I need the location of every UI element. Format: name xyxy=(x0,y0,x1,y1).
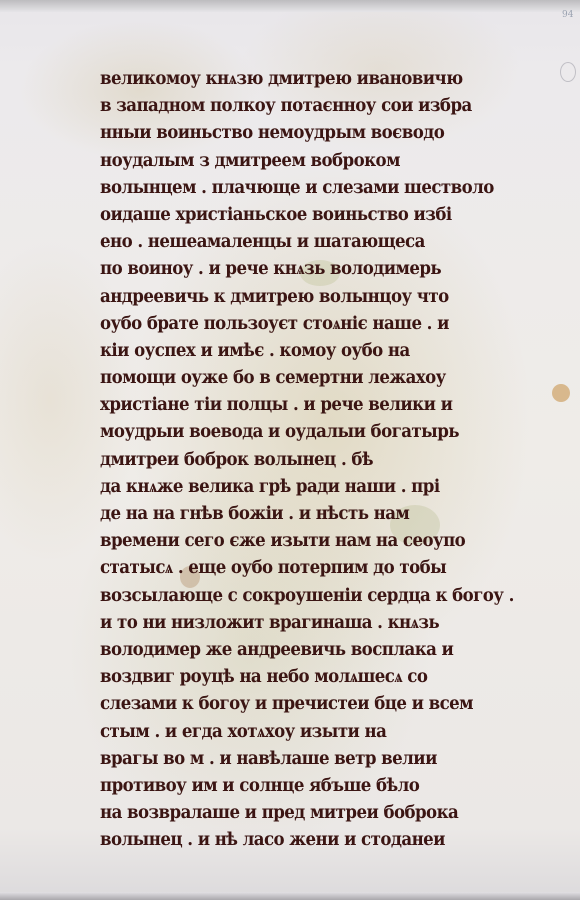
text-line: слезами к богоу и пречистеи бце и всем xyxy=(100,691,537,718)
text-line: по воиноу . и рече кнѧзь володимерь xyxy=(100,256,537,283)
margin-ring xyxy=(560,62,576,82)
text-line: андреевичь к дмитрею волынцоу что xyxy=(100,284,537,311)
text-line: волынцем . плачюще и слезами шестволо xyxy=(100,175,537,202)
manuscript-text-block: великомоу кнѧзю дмитрею ивановичю в запа… xyxy=(100,66,560,854)
text-line: стым . и егда хотѧхоу изыти на xyxy=(100,719,537,746)
manuscript-page: 94 великомоу кнѧзю дмитрею ивановичю в з… xyxy=(0,0,580,900)
text-line: де на на гнѣв божіи . и нѣсть нам xyxy=(100,501,537,528)
text-line: врагы во м . и навѣлаше ветр велии xyxy=(100,746,537,773)
text-line: в западном полкоу потаєнноу сои избра xyxy=(100,93,537,120)
text-line: володимер же андреевичь восплака и xyxy=(100,637,537,664)
text-line: волынец . и нѣ ласо жени и стоданеи xyxy=(100,827,537,854)
text-line: оидаше христіаньское воиньство избі xyxy=(100,202,537,229)
folio-number: 94 xyxy=(562,10,573,20)
scan-bottom-edge xyxy=(0,892,580,900)
text-line: да кнѧже велика грѣ ради наши . прі xyxy=(100,474,537,501)
text-line: кіи оуспех и имѣє . комоу оубо на xyxy=(100,338,537,365)
text-line: помощи оуже бо в семертни лежахоу xyxy=(100,365,537,392)
text-line: великомоу кнѧзю дмитрею ивановичю xyxy=(100,66,537,93)
text-line: статысѧ . еще оубо потерпим до тобы xyxy=(100,555,537,582)
scan-top-edge xyxy=(0,0,580,12)
text-line: воздвиг роуцѣ на небо молѧшесѧ со xyxy=(100,664,537,691)
text-line: дмитреи боброк волынец . бѣ xyxy=(100,447,537,474)
text-line: христіане тіи полцы . и рече велики и xyxy=(100,392,537,419)
text-line: ноудалым з дмитреем воброком xyxy=(100,148,537,175)
text-line: ено . нешеамаленцы и шатающеса xyxy=(100,229,537,256)
text-line: возсылающе с сокроушеніи сердца к богоу … xyxy=(100,583,537,610)
text-line: и то ни низложит врагинаша . кнѧзь xyxy=(100,610,537,637)
text-line: на возвралаше и пред митреи боброка xyxy=(100,800,537,827)
text-line: оубо брате пользоуєт стоѧніє наше . и xyxy=(100,311,537,338)
text-line: нныи воиньство немоудрым воєводо xyxy=(100,120,537,147)
text-line: моудрыи воевода и оудалыи богатырь xyxy=(100,419,537,446)
text-line: времени сего єже изыти нам на сеоупо xyxy=(100,528,537,555)
text-line: противоу им и солнце ябъше бѣло xyxy=(100,773,537,800)
